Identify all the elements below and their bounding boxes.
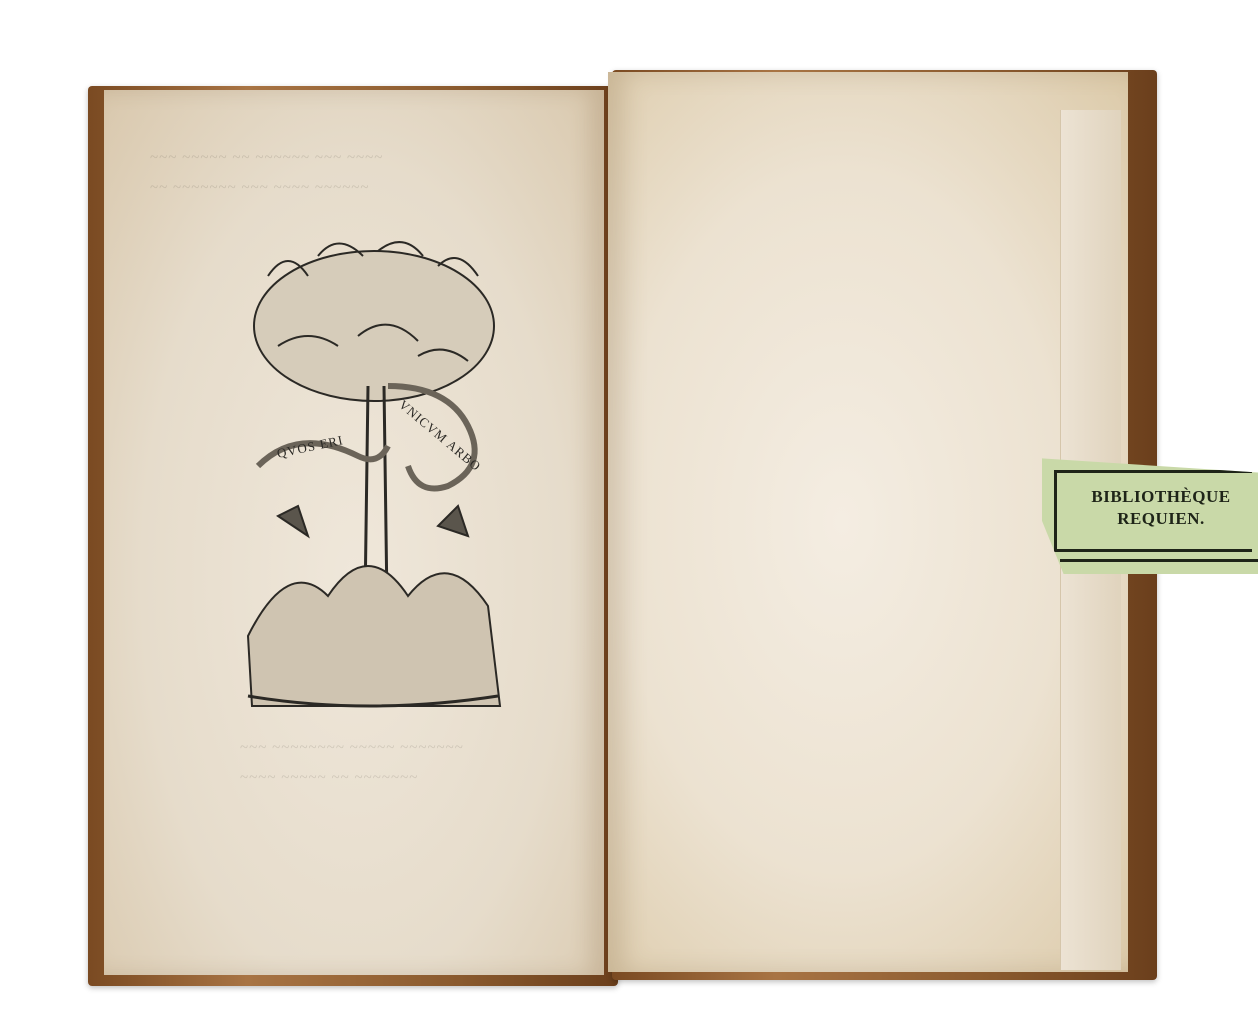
show-through-text: ~~~~ ~~~~~ ~~ ~~~~~~~ [240, 770, 418, 787]
bookplate-label: BIBLIOTHÈQUE REQUIEN. [1042, 456, 1258, 574]
show-through-text: ~~~ ~~~~~~~~ ~~~~~ ~~~~~~~ [240, 740, 464, 757]
label-text: BIBLIOTHÈQUE REQUIEN. [1072, 486, 1250, 530]
woodcut-tree-illustration: QVOS ERI VNICVM ARBO [238, 236, 510, 720]
banner-motto-left: QVOS ERI [276, 432, 345, 461]
label-line-2: REQUIEN. [1072, 508, 1250, 530]
label-line-1: BIBLIOTHÈQUE [1072, 486, 1250, 508]
label-rule [1060, 559, 1258, 562]
show-through-text: ~~ ~~~~~~~ ~~~ ~~~~ ~~~~~~ [150, 180, 370, 197]
show-through-text: ~~~ ~~~~~ ~~ ~~~~~~ ~~~ ~~~~ [150, 150, 383, 167]
